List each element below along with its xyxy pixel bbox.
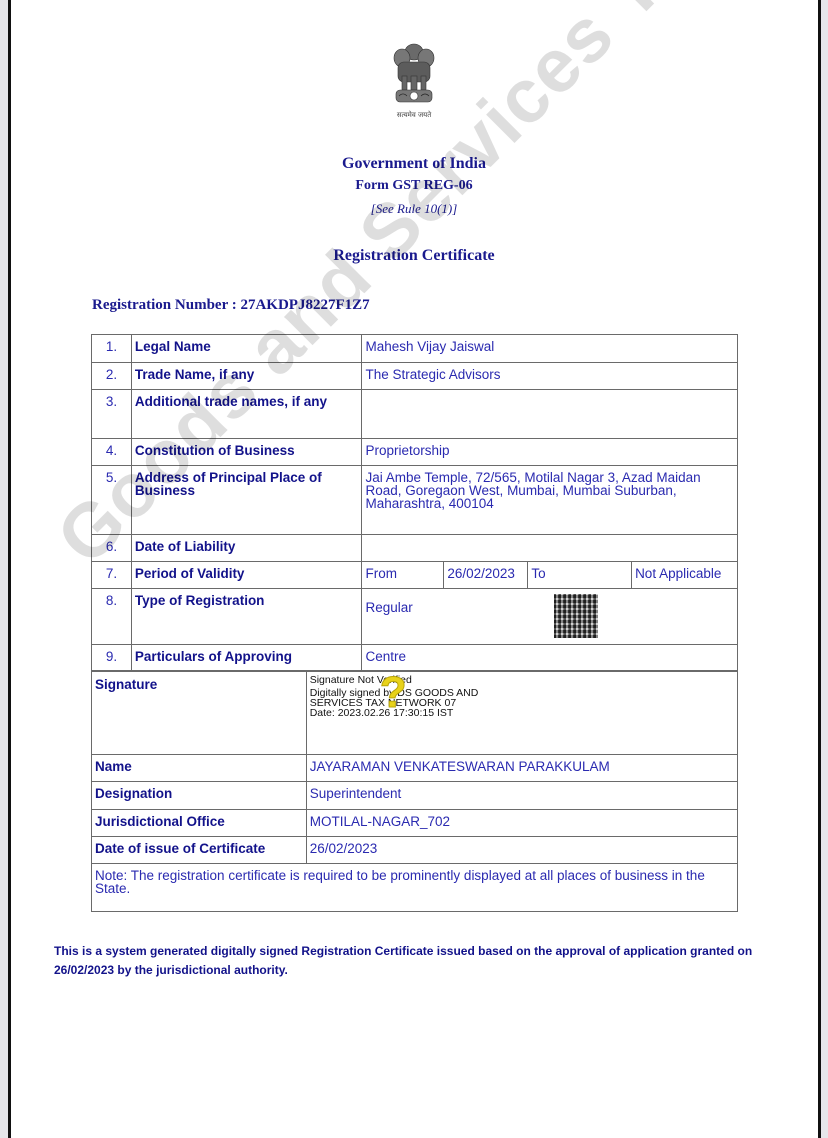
table-row: 6. Date of Liability bbox=[92, 535, 738, 562]
qr-code-icon bbox=[554, 594, 598, 638]
officer-name-label: Name bbox=[92, 755, 306, 774]
signature-label: Signature bbox=[92, 671, 306, 692]
additional-trade-names-value bbox=[362, 390, 737, 395]
row-number: 3. bbox=[92, 390, 131, 409]
table-row: 2. Trade Name, if any The Strategic Advi… bbox=[92, 363, 738, 390]
table-row: 8. Type of Registration Regular bbox=[92, 589, 738, 645]
lion-capital-icon bbox=[384, 40, 444, 110]
address-value: Jai Ambe Temple, 72/565, Motilal Nagar 3… bbox=[362, 466, 737, 510]
national-emblem-icon: सत्यमेव जयते bbox=[384, 40, 444, 122]
officer-name-value: JAYARAMAN VENKATESWARAN PARAKKULAM bbox=[307, 755, 737, 774]
trade-name-value: The Strategic Advisors bbox=[362, 363, 737, 382]
row-label: Additional trade names, if any bbox=[132, 390, 362, 409]
issue-date-label: Date of issue of Certificate bbox=[92, 837, 306, 856]
row-label: Address of Principal Place of Business bbox=[132, 466, 362, 497]
row-number: 2. bbox=[92, 363, 131, 382]
validity-from-date: 26/02/2023 bbox=[444, 562, 527, 581]
designation-value: Superintendent bbox=[307, 782, 737, 801]
registration-details-table: 1. Legal Name Mahesh Vijay Jaiswal 2. Tr… bbox=[91, 334, 738, 672]
table-row: 5. Address of Principal Place of Busines… bbox=[92, 466, 738, 535]
form-heading: Form GST REG-06 bbox=[0, 178, 828, 194]
registration-number: Registration Number : 27AKDPJ8227F1Z7 bbox=[92, 297, 370, 314]
validity-to-date: Not Applicable bbox=[632, 562, 737, 581]
table-row: Designation Superintendent bbox=[92, 782, 738, 810]
certificate-title: Registration Certificate bbox=[0, 247, 828, 265]
display-note: Note: The registration certificate is re… bbox=[92, 864, 737, 895]
row-label: Constitution of Business bbox=[132, 439, 362, 458]
system-generated-notice: This is a system generated digitally sig… bbox=[54, 942, 774, 980]
row-number: 8. bbox=[92, 589, 131, 608]
row-number: 9. bbox=[92, 645, 131, 664]
row-number: 1. bbox=[92, 335, 131, 354]
jurisdictional-office-label: Jurisdictional Office bbox=[92, 810, 306, 829]
table-row: 1. Legal Name Mahesh Vijay Jaiswal bbox=[92, 335, 738, 363]
validity-from-label: From bbox=[362, 562, 443, 581]
signature-date: Date: 2023.02.26 17:30:15 IST bbox=[310, 708, 734, 718]
row-number: 5. bbox=[92, 466, 131, 485]
rule-reference: [See Rule 10(1)] bbox=[0, 201, 828, 217]
row-label: Legal Name bbox=[132, 335, 362, 354]
row-label: Trade Name, if any bbox=[132, 363, 362, 382]
signature-unverified-icon: ? bbox=[380, 671, 407, 715]
emblem-motto: सत्यमेव जयते bbox=[384, 111, 444, 120]
row-number: 6. bbox=[92, 535, 131, 554]
table-row: 3. Additional trade names, if any bbox=[92, 390, 738, 439]
row-number: 4. bbox=[92, 439, 131, 458]
legal-name-value: Mahesh Vijay Jaiswal bbox=[362, 335, 737, 354]
signature-details-table: Signature ? Signature Not Verified Digit… bbox=[91, 670, 738, 912]
registration-type-value: Regular bbox=[362, 589, 737, 615]
table-row: 9. Particulars of Approving Centre bbox=[92, 645, 738, 672]
row-label: Type of Registration bbox=[132, 589, 362, 608]
signature-status: Signature Not Verified bbox=[310, 675, 734, 685]
date-of-liability-value bbox=[362, 535, 737, 540]
row-label: Date of Liability bbox=[132, 535, 362, 554]
validity-to-label: To bbox=[528, 562, 631, 581]
government-heading: Government of India bbox=[0, 155, 828, 173]
jurisdictional-office-value: MOTILAL-NAGAR_702 bbox=[307, 810, 737, 829]
note-row: Note: The registration certificate is re… bbox=[92, 864, 738, 912]
constitution-value: Proprietorship bbox=[362, 439, 737, 458]
approving-authority-value: Centre bbox=[362, 645, 737, 664]
table-row: 4. Constitution of Business Proprietorsh… bbox=[92, 439, 738, 466]
issue-date-value: 26/02/2023 bbox=[307, 837, 737, 856]
row-number: 7. bbox=[92, 562, 131, 581]
digital-signature-block[interactable]: ? Signature Not Verified Digitally signe… bbox=[307, 671, 737, 718]
row-label: Period of Validity bbox=[132, 562, 362, 581]
table-row: 7. Period of Validity From 26/02/2023 To… bbox=[92, 562, 738, 589]
table-row: Jurisdictional Office MOTILAL-NAGAR_702 bbox=[92, 810, 738, 837]
designation-label: Designation bbox=[92, 782, 306, 801]
signature-row: Signature ? Signature Not Verified Digit… bbox=[92, 671, 738, 755]
row-label: Particulars of Approving bbox=[132, 645, 362, 664]
table-row: Name JAYARAMAN VENKATESWARAN PARAKKULAM bbox=[92, 755, 738, 782]
table-row: Date of issue of Certificate 26/02/2023 bbox=[92, 837, 738, 864]
